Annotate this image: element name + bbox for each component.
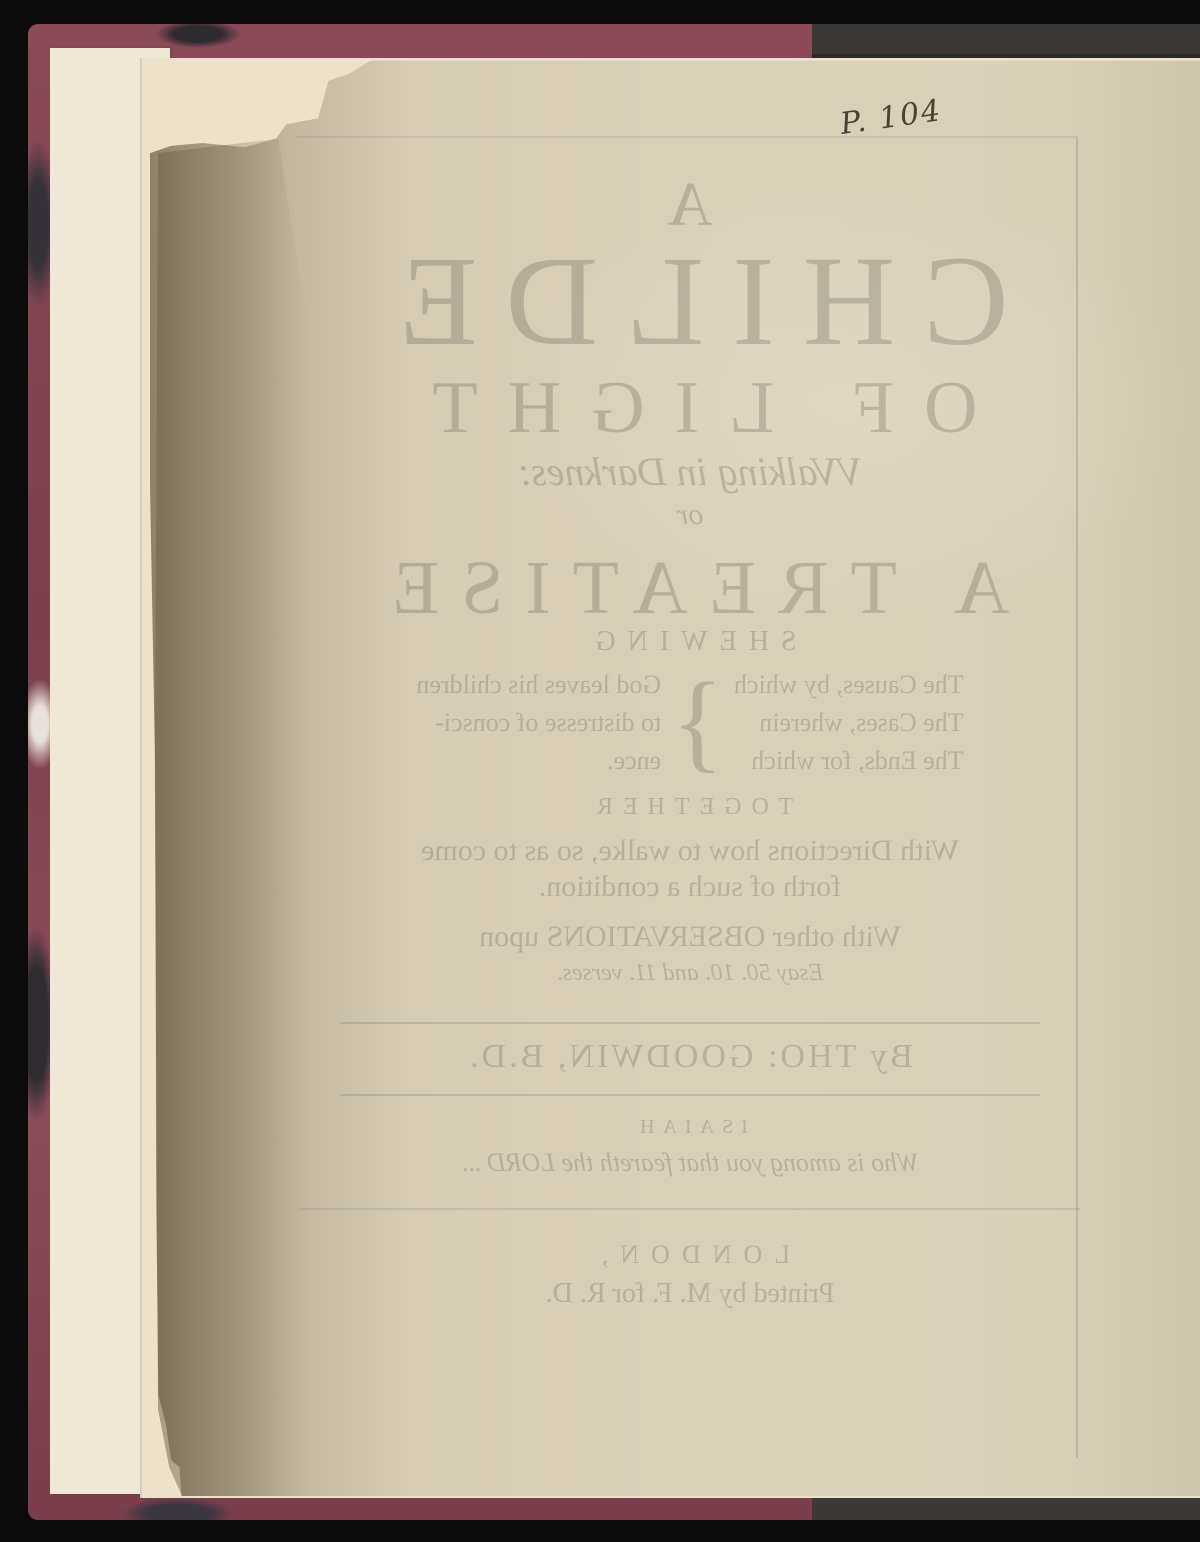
title-or: or xyxy=(300,498,1080,550)
title-observations: With other OBSERVATIONS upon xyxy=(300,920,1080,960)
curly-brace-icon: } xyxy=(671,666,724,786)
title-of-light: OF LIGHT xyxy=(300,368,1080,448)
title-treatise: A TREATISE xyxy=(300,550,1080,626)
brace-left-2: The Cases, wherein xyxy=(734,704,964,742)
title-directions: With Directions how to walke, so as to c… xyxy=(300,834,1080,870)
brace-left-column: The Causes, by which The Cases, wherein … xyxy=(734,666,964,786)
title-author: By THO: GOODWIN, B.D. xyxy=(340,1022,1040,1096)
title-childe: CHILDE xyxy=(300,234,1080,368)
imprint-printer: Printed by M. F. for R. D. xyxy=(300,1278,1080,1318)
title-scripture-ref: Esay 50. 10. and 11. verses. xyxy=(300,960,1080,1012)
water-stain xyxy=(150,52,310,1496)
title-walking: VValking in Darknes: xyxy=(300,448,1080,498)
epigraph-quote: Who is among you that feareth the LORD .… xyxy=(300,1148,1080,1210)
brace-left-1: The Causes, by which xyxy=(734,666,964,704)
brace-block: The Causes, by which The Cases, wherein … xyxy=(300,666,1080,786)
imprint-place: LONDON, xyxy=(300,1240,1080,1278)
brace-right-1: God leaves his children xyxy=(416,666,661,704)
mirrored-title-show-through: A CHILDE OF LIGHT VValking in Darknes: o… xyxy=(300,170,1080,1318)
title-article: A xyxy=(300,170,1080,234)
brace-left-3: The Ends, for which xyxy=(734,742,964,780)
brace-right-3: ence. xyxy=(416,742,661,780)
brace-right-column: God leaves his children to distresse of … xyxy=(416,666,661,786)
title-directions-cont: forth of such a condition. xyxy=(300,870,1080,906)
epigraph-source: ISAIAH xyxy=(300,1116,1080,1148)
title-together: TOGETHER xyxy=(300,794,1080,834)
brace-right-2: to distresse of consci- xyxy=(416,704,661,742)
